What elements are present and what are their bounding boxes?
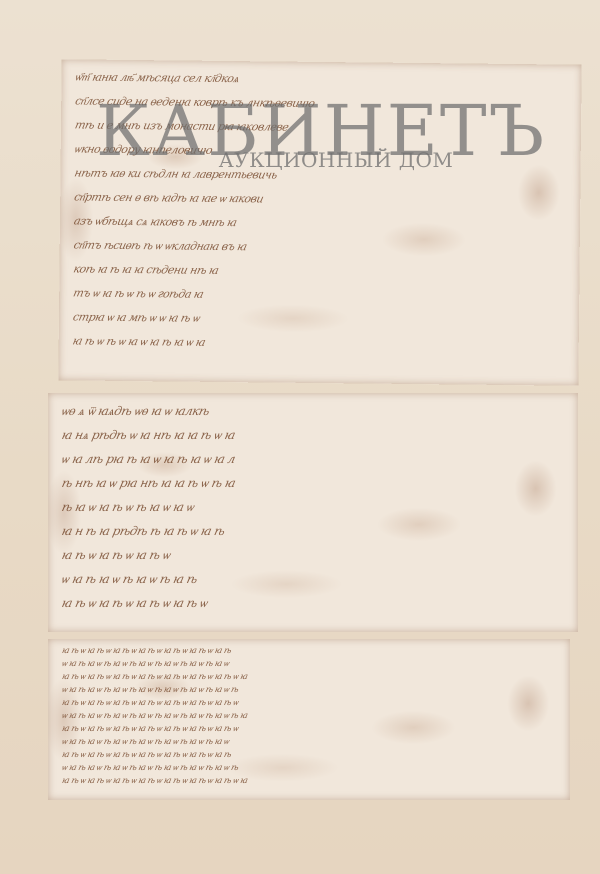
script-line: ꙗ н ѣ ꙗ рѣдѣ ѣ ꙗ ѣ ѡ ꙗ ѣ	[59, 519, 566, 543]
manuscript-strip-1: ѡ҃т҃ ꙗнꙗ лѣ҃ мѣсяца сел кл҃дкоѧ сп҃лсе с…	[58, 59, 581, 385]
script-line: ꙗ ѣ ѡ ꙗ ѣ ѡ ꙗ ѣ ѡ ꙗ ѣ ѡ ꙗ ѣ ѡ ꙗ ѣ ѡ ꙗ ѣ …	[61, 775, 558, 788]
strip-2-text: ѡѳ ѧ ѿ ꙗѧдѣ ѡѳ ꙗ ѡ ꙗлкѣ ꙗ нѧ рѣдѣ ѡ ꙗ нѣ…	[48, 393, 578, 632]
script-line: ѡ ꙗ ѣ ꙗ ѡ ѣ ꙗ ѡ ѣ ꙗ ѡ ѣ ꙗ ѡ ѣ ꙗ ѡ ѣ ꙗ ѡ	[61, 736, 558, 749]
script-line: ѣ нѣ ꙗ ѡ рꙗ нѣ ꙗ ꙗ ѣ ѡ ѣ ꙗ	[59, 471, 566, 495]
script-line: ꙗ ѣ ѡ ꙗ ѣ ѡ ꙗ ѣ ѡ ꙗ ѣ ѡ ꙗ ѣ ѡ ꙗ ѣ ѡ ꙗ ѣ …	[61, 671, 558, 684]
script-line: ꙗ ѣ ѡ ѣ ѡ ꙗ ѡ ꙗ ѣ ꙗ ѡ ꙗ	[70, 329, 567, 358]
script-line: ꙗ ѣ ѡ ꙗ ѣ ѡ ꙗ ѣ ѡ	[59, 543, 566, 567]
strip-3-text: ꙗ ѣ ѡ ꙗ ѣ ѡ ꙗ ѣ ѡ ꙗ ѣ ѡ ꙗ ѣ ѡ ꙗ ѣ ѡ ꙗ ѣ …	[48, 639, 570, 800]
script-line: ꙗ ѣ ѡ ꙗ ѣ ѡ ꙗ ѣ ѡ ꙗ ѣ ѡ ꙗ ѣ ѡ ꙗ ѣ ѡ ꙗ ѣ …	[61, 697, 558, 710]
manuscript-strip-2: ѡѳ ѧ ѿ ꙗѧдѣ ѡѳ ꙗ ѡ ꙗлкѣ ꙗ нѧ рѣдѣ ѡ ꙗ нѣ…	[48, 393, 578, 632]
script-line: ѡ ꙗ ѣ ꙗ ѡ ѣ ꙗ ѡ ѣ ꙗ ѡ ѣ ꙗ ѡ ѣ ꙗ ѡ ѣ ꙗ ѡ …	[61, 684, 558, 697]
script-line: ѡ ꙗ лѣ рꙗ ѣ ꙗ ѡ ꙗ ѣ ꙗ ѡ ꙗ л	[59, 447, 566, 471]
manuscript-strip-3: ꙗ ѣ ѡ ꙗ ѣ ѡ ꙗ ѣ ѡ ꙗ ѣ ѡ ꙗ ѣ ѡ ꙗ ѣ ѡ ꙗ ѣ …	[48, 639, 570, 800]
manuscript-photo: ѡ҃т҃ ꙗнꙗ лѣ҃ мѣсяца сел кл҃дкоѧ сп҃лсе с…	[0, 0, 600, 874]
script-line: ѡѳ ѧ ѿ ꙗѧдѣ ѡѳ ꙗ ѡ ꙗлкѣ	[59, 399, 566, 423]
script-line: ꙗ ѣ ѡ ꙗ ѣ ѡ ꙗ ѣ ѡ ꙗ ѣ ѡ ꙗ ѣ ѡ ꙗ ѣ ѡ ꙗ ѣ	[61, 645, 558, 658]
script-line: ѡ ꙗ ѣ ꙗ ѡ ѣ ꙗ ѡ ѣ ꙗ ѡ ѣ ꙗ ѡ ѣ ꙗ ѡ ѣ ꙗ ѡ	[61, 658, 558, 671]
script-line: ѡ ꙗ ѣ ꙗ ѡ ѣ ꙗ ѡ ѣ ꙗ ѡ ѣ ꙗ ѡ ѣ ꙗ ѡ ѣ ꙗ ѡ …	[61, 762, 558, 775]
script-line: ѡ ꙗ ѣ ꙗ ѡ ѣ ꙗ ѡ ѣ ꙗ ѣ	[59, 567, 566, 591]
strip-1-text: ѡ҃т҃ ꙗнꙗ лѣ҃ мѣсяца сел кл҃дкоѧ сп҃лсе с…	[58, 59, 581, 385]
script-line: ꙗ нѧ рѣдѣ ѡ ꙗ нѣ ꙗ ꙗ ѣ ѡ ꙗ	[59, 423, 566, 447]
script-line: ѣ ꙗ ѡ ꙗ ѣ ѡ ѣ ꙗ ѡ ꙗ ѡ	[59, 495, 566, 519]
script-line: ꙗ ѣ ѡ ꙗ ѣ ѡ ꙗ ѣ ѡ ꙗ ѣ ѡ ꙗ ѣ ѡ ꙗ ѣ ѡ ꙗ ѣ …	[61, 723, 558, 736]
script-line: ѡ ꙗ ѣ ꙗ ѡ ѣ ꙗ ѡ ѣ ꙗ ѡ ѣ ꙗ ѡ ѣ ꙗ ѡ ѣ ꙗ ѡ …	[61, 710, 558, 723]
script-line: ꙗ ѣ ѡ ꙗ ѣ ѡ ꙗ ѣ ѡ ꙗ ѣ ѡ ꙗ ѣ ѡ ꙗ ѣ ѡ ꙗ ѣ	[61, 749, 558, 762]
script-line: ꙗ ѣ ѡ ꙗ ѣ ѡ ꙗ ѣ ѡ ꙗ ѣ ѡ	[59, 591, 566, 615]
